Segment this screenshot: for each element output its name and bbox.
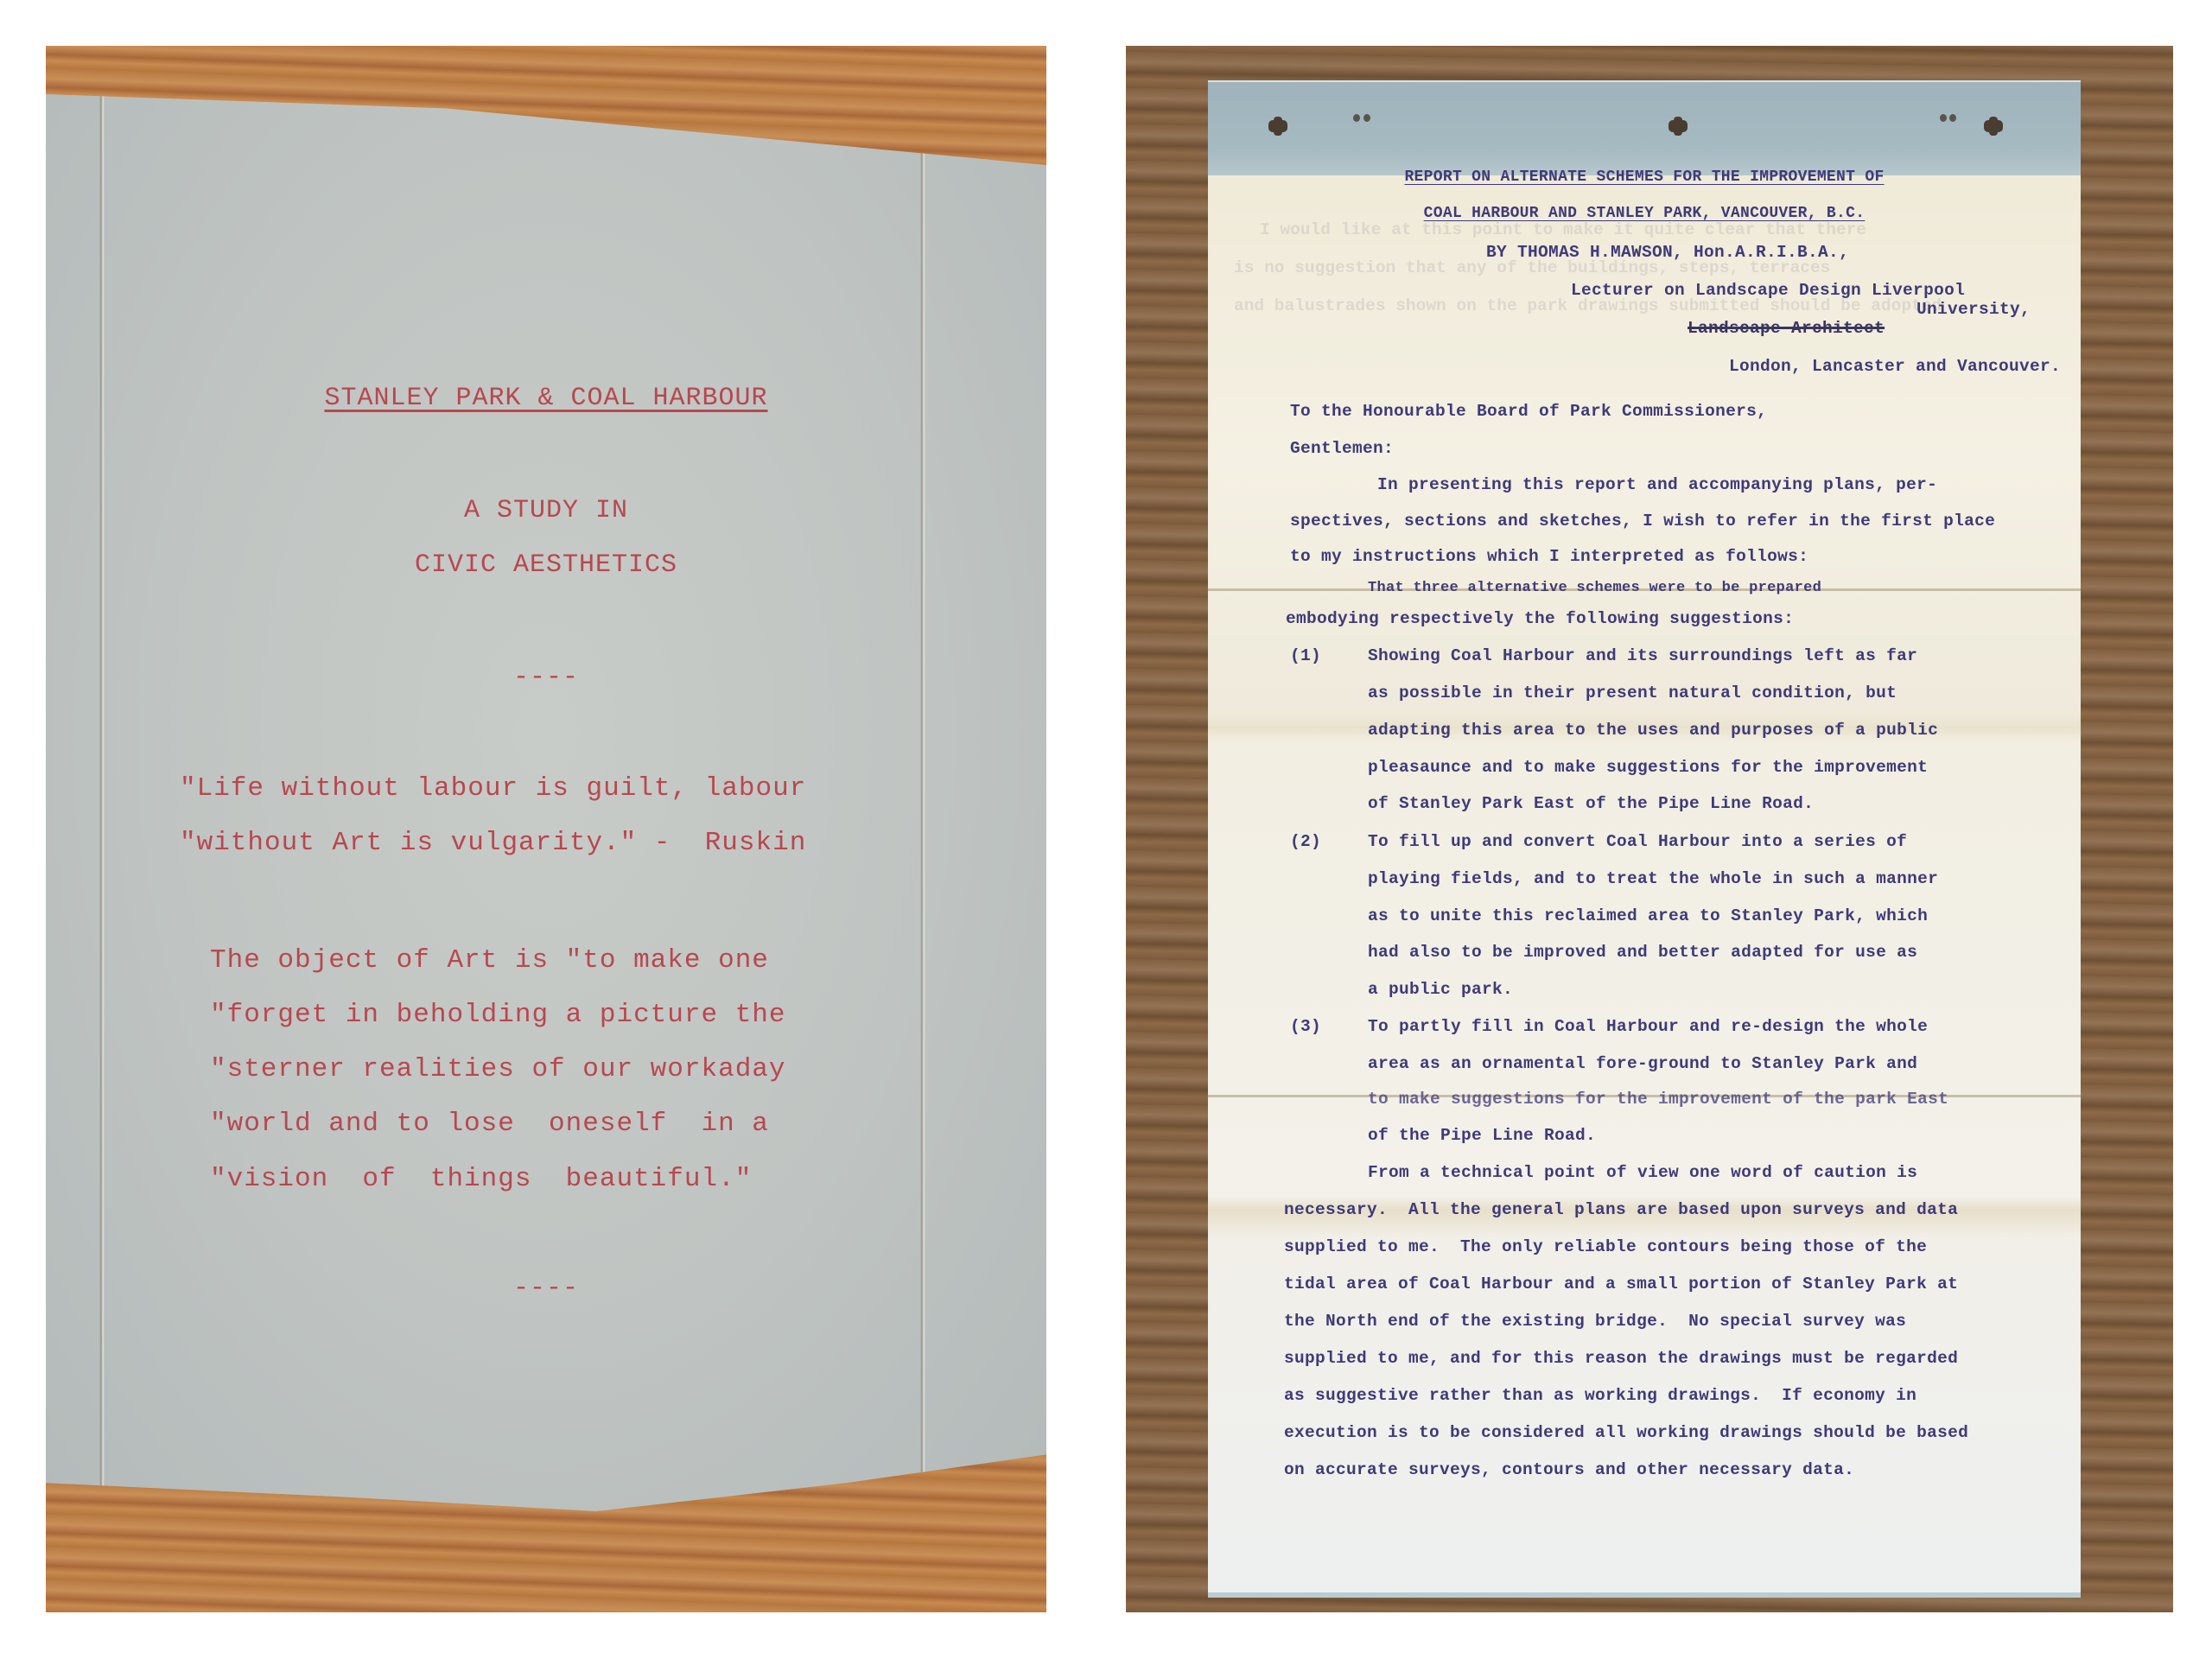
ruskin-quote-line-1: "Life without labour is guilt, labour: [180, 773, 806, 804]
punch-hole: [1363, 114, 1370, 122]
cover-separator: ----: [46, 663, 1046, 692]
intro-line-1: In presenting this report and accompanyi…: [1377, 475, 1937, 494]
punch-hole: [1353, 114, 1360, 122]
scheme-3-line-4: of the Pipe Line Road.: [1368, 1126, 1596, 1145]
report-sheet: I would like at this point to make it qu…: [1208, 175, 2081, 1598]
object-of-art-line-3: "sterner realities of our workaday: [210, 1054, 786, 1084]
cover-subtitle-line-1: A STUDY IN: [46, 496, 1046, 525]
rivet-icon: [1268, 120, 1287, 132]
caution-line-4: tidal area of Coal Harbour and a small p…: [1284, 1274, 1958, 1294]
scheme-3-line-1: To partly fill in Coal Harbour and re-de…: [1368, 1017, 1928, 1036]
binder-strip: [1208, 80, 2081, 179]
rivet-icon: [1984, 120, 2003, 132]
ruskin-quote-line-2: "without Art is vulgarity." - Ruskin: [180, 828, 806, 858]
cover-sheet: STANLEY PARK & COAL HARBOUR A STUDY IN C…: [46, 94, 1046, 1511]
punch-hole: [1949, 114, 1956, 122]
caution-line-3: supplied to me. The only reliable contou…: [1284, 1237, 1927, 1256]
affiliation-line-2: University,: [1916, 300, 2031, 319]
caution-line-6: supplied to me, and for this reason the …: [1284, 1349, 1958, 1368]
cover-title: STANLEY PARK & COAL HARBOUR: [46, 384, 1046, 413]
scheme-1-line-3: adapting this area to the uses and purpo…: [1368, 721, 1938, 740]
affiliation-line-1: Lecturer on Landscape Design Liverpool: [1571, 281, 1965, 300]
report-salutation: Gentlemen:: [1290, 439, 1394, 458]
caution-line-1: From a technical point of view one word …: [1368, 1163, 1917, 1182]
bleed-through-text: I would like at this point to make it qu…: [1260, 220, 1866, 239]
rivet-icon: [1669, 120, 1688, 132]
report-heading-line-2: COAL HARBOUR AND STANLEY PARK, VANCOUVER…: [1208, 205, 2081, 222]
scheme-2-line-1: To fill up and convert Coal Harbour into…: [1368, 832, 1907, 851]
caution-line-2: necessary. All the general plans are bas…: [1284, 1200, 1958, 1219]
caution-line-7: as suggestive rather than as working dra…: [1284, 1386, 1916, 1405]
scheme-2-line-5: a public park.: [1368, 980, 1513, 999]
report-locations: London, Lancaster and Vancouver.: [1729, 357, 2061, 376]
caution-line-5: the North end of the existing bridge. No…: [1284, 1312, 1906, 1331]
report-page-photo: I would like at this point to make it qu…: [1126, 46, 2173, 1612]
schemes-intro-line-1: That three alternative schemes were to b…: [1368, 580, 1821, 596]
object-of-art-line-4: "world and to lose oneself in a: [210, 1109, 769, 1139]
object-of-art-line-1: The object of Art is "to make one: [210, 945, 769, 976]
punch-hole: [1940, 114, 1947, 122]
scheme-1-line-5: of Stanley Park East of the Pipe Line Ro…: [1368, 794, 1814, 813]
schemes-intro-line-2: embodying respectively the following sug…: [1286, 609, 1794, 628]
report-author: BY THOMAS H.MAWSON, Hon.A.R.I.B.A.,: [1486, 243, 1849, 262]
scheme-2-line-3: as to unite this reclaimed area to Stanl…: [1368, 906, 1928, 925]
cover-subtitle-line-2: CIVIC AESTHETICS: [46, 550, 1046, 580]
caution-line-8: execution is to be considered all workin…: [1284, 1423, 1968, 1442]
struck-title: Landscape Architect: [1688, 319, 1885, 338]
cover-closing-separator: ----: [46, 1274, 1046, 1303]
scheme-1-line-2: as possible in their present natural con…: [1368, 683, 1897, 702]
scheme-1-number: (1): [1290, 646, 1321, 665]
object-of-art-line-2: "forget in beholding a picture the: [210, 1000, 786, 1030]
scheme-2-number: (2): [1290, 832, 1321, 851]
scheme-1-line-4: pleasaunce and to make suggestions for t…: [1368, 758, 1928, 777]
scheme-3-line-2: area as an ornamental fore-ground to Sta…: [1368, 1054, 1917, 1073]
report-heading-line-1: REPORT ON ALTERNATE SCHEMES FOR THE IMPR…: [1208, 168, 2081, 186]
intro-line-2: spectives, sections and sketches, I wish…: [1290, 512, 1995, 531]
intro-line-3: to my instructions which I interpreted a…: [1290, 547, 1808, 566]
scheme-1-line-1: Showing Coal Harbour and its surrounding…: [1368, 646, 1917, 665]
scheme-3-line-3: to make suggestions for the improvement …: [1368, 1090, 1948, 1109]
caution-line-9: on accurate surveys, contours and other …: [1284, 1460, 1854, 1479]
cover-page-photo: STANLEY PARK & COAL HARBOUR A STUDY IN C…: [46, 46, 1046, 1612]
object-of-art-line-5: "vision of things beautiful.": [210, 1164, 752, 1194]
scheme-2-line-2: playing fields, and to treat the whole i…: [1368, 869, 1938, 888]
scheme-2-line-4: had also to be improved and better adapt…: [1368, 943, 1917, 962]
scheme-3-number: (3): [1290, 1017, 1321, 1036]
report-addressee: To the Honourable Board of Park Commissi…: [1290, 402, 1767, 421]
